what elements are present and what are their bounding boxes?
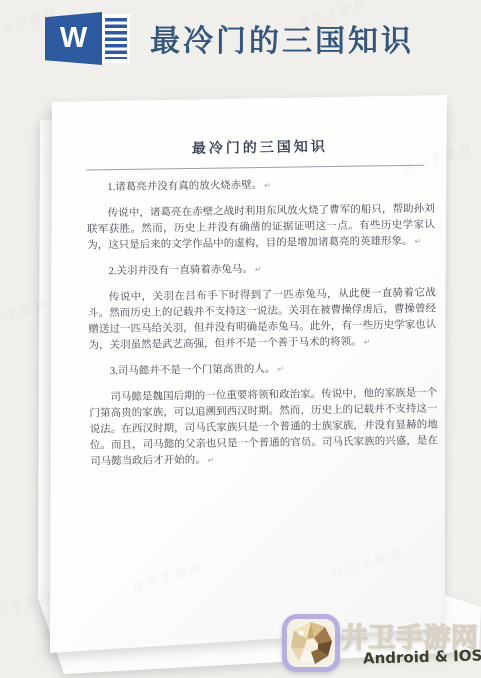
word-logo-letter: W [60, 24, 87, 53]
section-heading-text: 2.关羽并没有一直骑着赤兔马。 [108, 264, 253, 277]
section-paragraph: 传说中，关羽在吕布手下时得到了一匹赤兔马，从此便一直骑着它战斗。然而历史上的记载… [88, 286, 437, 355]
word-logo-icon: W [45, 10, 135, 67]
section-heading: 3.司马懿并不是一个门第高贵的人。↵ [89, 360, 437, 381]
word-document-lines [105, 18, 127, 59]
section-heading-text: 3.司马懿并不是一个门第高贵的人。 [110, 364, 276, 377]
section-paragraph-text: 传说中，诸葛亮在赤壁之战时利用东风放火烧了曹军的船只，帮助孙刘联军获胜。然而，历… [87, 204, 435, 252]
section-paragraph-text: 传说中，关羽在吕布手下时得到了一匹赤兔马，从此便一直骑着它战斗。然而历史上的记载… [88, 288, 436, 352]
paragraph-mark-icon: ↵ [255, 265, 262, 274]
section-heading: 2.关羽并没有一直骑着赤兔马。↵ [87, 260, 435, 281]
document-section: 2.关羽并没有一直骑着赤兔马。↵ 传说中，关羽在吕布手下时得到了一匹赤兔马，从此… [87, 260, 436, 355]
word-logo-panel: W [45, 12, 102, 65]
paragraph-mark-icon: ↵ [277, 365, 284, 374]
section-paragraph: 传说中，诸葛亮在赤壁之战时利用东风放火烧了曹军的船只，帮助孙刘联军获胜。然而，历… [87, 202, 436, 255]
section-paragraph: 司马懿是魏国后期的一位重要将领和政治家。传说中，他的家族是一个门第高贵的家族，可… [89, 386, 438, 471]
word-document-page-icon [102, 14, 130, 63]
paragraph-mark-icon: ↵ [264, 181, 271, 190]
document-title: 最冷门的三国知识 [86, 138, 434, 161]
section-paragraph-text: 司马懿是魏国后期的一位重要将领和政治家。传说中，他的家族是一个门第高贵的家族，可… [89, 388, 438, 468]
gem-icon [287, 619, 335, 667]
paragraph-mark-icon: ↵ [415, 237, 422, 246]
document-preview-canvas: 井卫手游网 井卫手游网 井卫手游网 井卫手游网 井卫手游网 井卫手游网 井卫手游… [0, 0, 481, 678]
section-heading-text: 1.诸葛亮并没有真的放火烧赤壁。 [107, 180, 262, 193]
document-content: 最冷门的三国知识 1.诸葛亮并没有真的放火烧赤壁。↵ 传说中，诸葛亮在赤壁之战时… [86, 138, 439, 471]
section-heading: 1.诸葛亮并没有真的放火烧赤壁。↵ [86, 176, 434, 197]
document-section: 3.司马懿并不是一个门第高贵的人。↵ 司马懿是魏国后期的一位重要将领和政治家。传… [89, 360, 438, 471]
document-section: 1.诸葛亮并没有真的放火烧赤壁。↵ 传说中，诸葛亮在赤壁之战时利用东风放火烧了曹… [86, 176, 435, 255]
paragraph-mark-icon: ↵ [208, 456, 215, 465]
paragraph-mark-icon: ↵ [363, 337, 370, 346]
platforms-label: Android & IOS [363, 646, 481, 667]
header-title: 最冷门的三国知识 [150, 16, 414, 60]
header: W 最冷门的三国知识 [0, 0, 481, 80]
site-logo-badge [282, 614, 340, 672]
title-divider [86, 165, 424, 171]
